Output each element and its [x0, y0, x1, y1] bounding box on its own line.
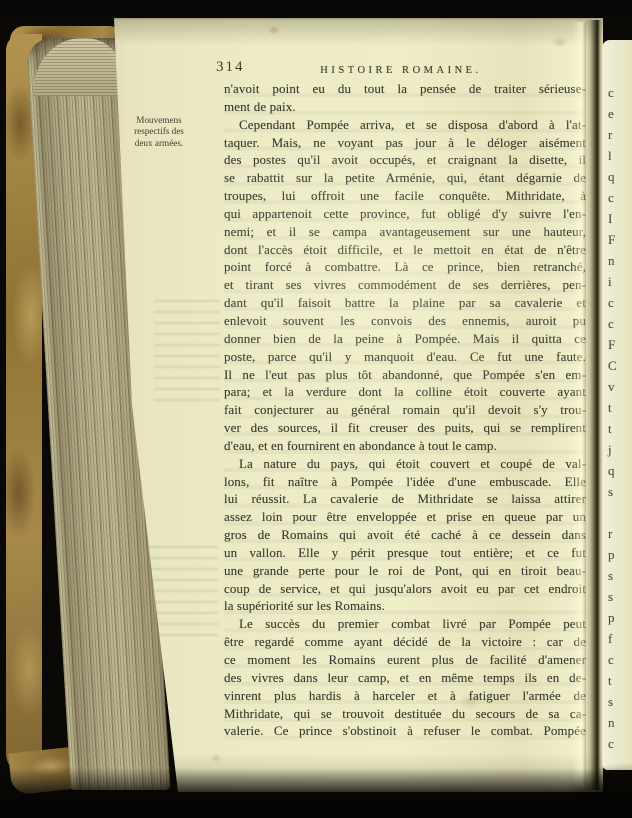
body-text-line: lui réussit. La cavalerie de Mithridate …	[224, 490, 586, 508]
facing-page-edge-letter: n	[608, 250, 617, 271]
book-photo: 314 HISTOIRE ROMAINE. Mouvemensrespectif…	[0, 0, 632, 818]
body-text-line: d'eau, et en fournirent en abondance à t…	[224, 437, 586, 455]
facing-page-edge-letter	[608, 502, 617, 523]
facing-page-edge-letter: F	[608, 334, 617, 355]
body-text-line: Le succès du premier combat livré par Po…	[224, 615, 586, 633]
facing-page-edge-letter: I	[608, 208, 617, 229]
body-text-line: taquer. Mais, ne voyant pas jour à le dé…	[224, 134, 586, 152]
body-text-line: Mithridate, qui se trouvoit destituée du…	[224, 705, 586, 723]
facing-page-edge-letter: j	[608, 439, 617, 460]
facing-page-edge-letter: i	[608, 271, 617, 292]
body-text-line: Cependant Pompée arriva, et se disposa d…	[224, 116, 586, 134]
body-text-line: donner bien de la peine à Pompée. Mais i…	[224, 330, 586, 348]
body-text-line: qui appartenoit cette province, fut obli…	[224, 205, 586, 223]
facing-page-edge-letter: s	[608, 565, 617, 586]
body-text-line: nemi; et il se campa avantageusement sur…	[224, 223, 586, 241]
facing-page-edge-letter: c	[608, 187, 617, 208]
facing-page-edge-letter: p	[608, 544, 617, 565]
body-text-line: dant qu'il faisoit battre la plaine par …	[224, 294, 586, 312]
body-text-line: para; et la verdure dont la colline étoi…	[224, 383, 586, 401]
running-header: HISTOIRE ROMAINE.	[248, 65, 554, 76]
facing-page-edge-letter: e	[608, 103, 617, 124]
body-text-line: La nature du pays, qui étoit couvert et …	[224, 455, 586, 473]
facing-page-edge-letter: C	[608, 355, 617, 376]
body-text-line: enlevoit souvent les convois des ennemis…	[224, 312, 586, 330]
facing-page-edge-letter: t	[608, 397, 617, 418]
body-text-line: un vallon. Elle y périt presque tout ent…	[224, 544, 586, 562]
body-text-line: troupes, lui offroit une facile conquête…	[224, 187, 586, 205]
body-text-line: des vivres dans leur camp, et en même te…	[224, 669, 586, 687]
facing-page-edge-letter: p	[608, 607, 617, 628]
margin-note-line: respectifs des	[126, 126, 192, 137]
book-page: 314 HISTOIRE ROMAINE. Mouvemensrespectif…	[98, 18, 603, 792]
body-text-line: ver des sources, il fit creuser des puit…	[224, 419, 586, 437]
margin-note-line: deux armées.	[126, 138, 192, 149]
facing-page-edge-letter: q	[608, 460, 617, 481]
body-text-line: ce moment les Romains eurent plus de fac…	[224, 651, 586, 669]
body-text: n'avoit point eu du tout la pensée de tr…	[224, 80, 586, 740]
facing-page-edge-letter: t	[608, 670, 617, 691]
facing-page-edge-letter: F	[608, 229, 617, 250]
body-text-line: et tirant ses vivres commodément de ses …	[224, 276, 586, 294]
body-text-line: des postes qu'il avoit occupés, et craig…	[224, 151, 586, 169]
body-text-line: coup de service, et qui jusqu'alors avoi…	[224, 580, 586, 598]
facing-page-edge-letter: t	[608, 418, 617, 439]
body-text-line: ment de paix.	[224, 98, 586, 116]
facing-page-edge-letter: s	[608, 586, 617, 607]
body-text-line: Il ne l'eut pas plus tôt abandonné, que …	[224, 366, 586, 384]
body-text-line: n'avoit point eu du tout la pensée de tr…	[224, 80, 586, 98]
body-text-line: dont l'accès étoit difficile, et le mett…	[224, 241, 586, 259]
body-text-line: une grande perte pour le roi de Pont, qu…	[224, 562, 586, 580]
bleedthrough-ghost	[154, 300, 220, 404]
facing-page-edge-letter: c	[608, 82, 617, 103]
bleedthrough-ghost	[148, 546, 218, 638]
body-text-line: point forcé à combattre. Là ce prince, b…	[224, 258, 586, 276]
facing-page-edge-letter: v	[608, 376, 617, 397]
facing-page-edge-letter: c	[608, 313, 617, 334]
bottom-shadow	[0, 768, 632, 818]
facing-page-edge-letter: s	[608, 481, 617, 502]
body-text-line: assez loin pour être enveloppée et prise…	[224, 508, 586, 526]
facing-page-edge-letter: q	[608, 166, 617, 187]
body-text-line: fait conjecturer au général romain qu'il…	[224, 401, 586, 419]
body-text-line: la supériorité sur les Romains.	[224, 597, 586, 615]
facing-page-edge-letter: c	[608, 649, 617, 670]
body-text-line: lons, fit naître à Pompée l'idée d'une e…	[224, 473, 586, 491]
body-text-line: gros de Romains qui avoit été caché à ce…	[224, 526, 586, 544]
page-number: 314	[216, 59, 245, 76]
gutter-shadow	[584, 20, 603, 790]
top-shadow	[0, 0, 632, 20]
body-text-line: valerie. Ce prince s'obstinoit à refuser…	[224, 722, 586, 740]
body-text-line: vinrent plus hardis à harceler et à fati…	[224, 687, 586, 705]
body-text-line: se rabattit sur la petite Arménie, qui, …	[224, 169, 586, 187]
facing-page-edge-letter: l	[608, 145, 617, 166]
facing-page-edge-letter: r	[608, 124, 617, 145]
facing-page-edge-letter: r	[608, 523, 617, 544]
facing-page-edge-text: cerlqcIFniccFCvttjqsrpsspfctsnc	[608, 82, 617, 754]
facing-page-sliver: cerlqcIFniccFCvttjqsrpsspfctsnc	[602, 40, 632, 770]
facing-page-edge-letter: s	[608, 691, 617, 712]
facing-page-edge-letter: c	[608, 292, 617, 313]
margin-note: Mouvemensrespectifs desdeux armées.	[126, 115, 192, 149]
body-text-line: être regardé comme ayant décidé de la vi…	[224, 633, 586, 651]
body-text-line: poste, parce qu'il y manquoit d'eau. Ce …	[224, 348, 586, 366]
facing-page-edge-letter: f	[608, 628, 617, 649]
margin-note-line: Mouvemens	[126, 115, 192, 126]
